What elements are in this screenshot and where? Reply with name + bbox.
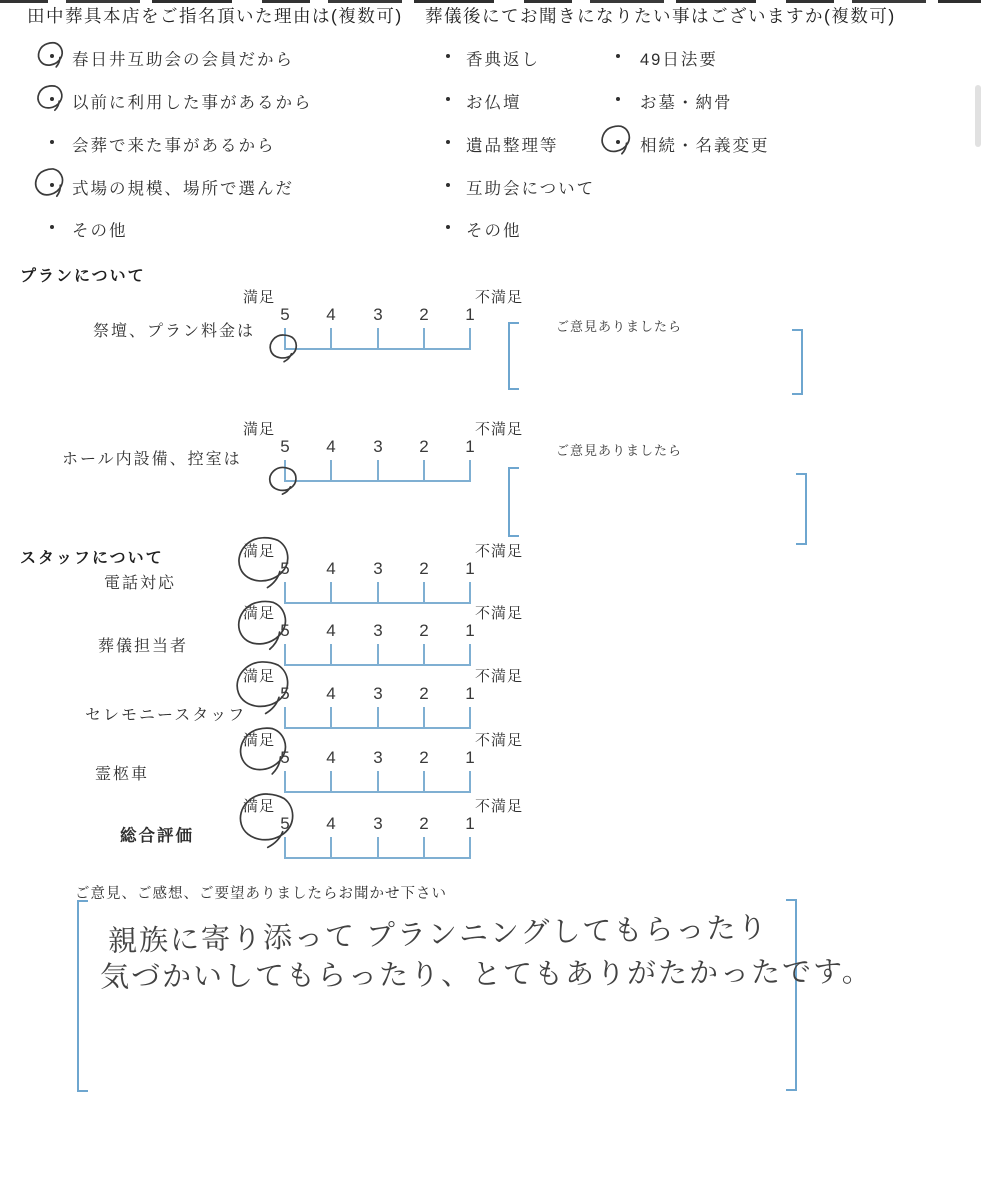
q2-option-butsudan: お仏壇 — [466, 89, 522, 113]
q1-option-venue-size-location: 式場の規模、場所で選んだ — [72, 175, 294, 199]
handwritten-circle-mark-selected-5 — [265, 331, 303, 366]
tick-line — [423, 644, 425, 664]
tick-line — [469, 707, 471, 727]
tick-line — [469, 582, 471, 602]
scale-baseline — [284, 348, 471, 350]
handwritten-circle-mark — [596, 121, 637, 159]
plan-section-title: プランについて — [20, 263, 146, 286]
scale-tick-4: 4 — [319, 621, 343, 641]
scan-bottom-artifact-line — [0, 0, 981, 3]
tick-line — [377, 707, 379, 727]
comment-bracket-left — [508, 467, 519, 537]
q1-option-other: その他 — [72, 217, 128, 241]
tick-line — [330, 644, 332, 664]
handwritten-circle-mark — [32, 38, 70, 72]
staff-row-label-director: 葬儀担当者 — [98, 633, 188, 656]
plan-row-label-facility: ホール内設備、控室は — [62, 446, 242, 469]
handwritten-circle-mark-selected-5 — [229, 654, 299, 720]
scale-tick-1: 1 — [458, 621, 482, 641]
q2-option-gojokai: 互助会について — [466, 175, 595, 199]
q2-option-ohaka-noukotsu: お墓・納骨 — [640, 89, 733, 113]
scale-tick-2: 2 — [412, 814, 436, 834]
tick-line — [377, 460, 379, 480]
scale-tick-2: 2 — [412, 305, 436, 325]
tick-line — [330, 707, 332, 727]
scale-dissatisfied-label: 不満足 — [475, 602, 523, 623]
scale-tick-2: 2 — [412, 437, 436, 457]
scale-dissatisfied-label: 不満足 — [475, 729, 523, 750]
staff-row-label-ceremony-staff: セレモニースタッフ — [85, 702, 246, 725]
rating-scale-plan-facility: 満足 不満足 5 4 3 2 1 — [243, 418, 513, 498]
bullet-icon — [616, 54, 620, 58]
scale-baseline — [284, 791, 471, 793]
handwritten-circle-mark-selected-5 — [232, 593, 296, 657]
bullet-icon — [50, 225, 54, 229]
feedback-prompt-label: ご意見、ご感想、ご要望ありましたらお聞かせ下さい — [75, 882, 447, 903]
bullet-icon — [446, 97, 450, 101]
q2-option-koden-gaeshi: 香典返し — [466, 46, 540, 70]
scale-tick-2: 2 — [412, 748, 436, 768]
feedback-bracket-left — [77, 900, 88, 1092]
bullet-icon — [446, 54, 450, 58]
handwritten-comment-line-2: 気づかいしてもらったり、とてもありがたかったです。 — [100, 949, 873, 995]
tick-line — [423, 582, 425, 602]
scale-tick-4: 4 — [319, 814, 343, 834]
tick-line — [423, 460, 425, 480]
handwritten-circle-mark — [32, 82, 70, 114]
tick-line — [469, 460, 471, 480]
q1-option-member: 春日井互助会の会員だから — [72, 46, 294, 70]
scale-tick-1: 1 — [458, 305, 482, 325]
scale-tick-1: 1 — [458, 814, 482, 834]
staff-row-label-phone: 電話対応 — [104, 570, 176, 593]
q1-option-attended-funeral: 会葬で来た事があるから — [72, 132, 276, 156]
staff-row-label-overall: 総合評価 — [120, 822, 194, 846]
scale-tick-2: 2 — [412, 684, 436, 704]
handwritten-circle-mark-selected-5 — [232, 531, 298, 593]
handwritten-circle-mark-selected-5 — [230, 782, 306, 858]
scale-tick-4: 4 — [319, 748, 343, 768]
tick-line — [330, 328, 332, 348]
scale-tick-4: 4 — [319, 559, 343, 579]
scale-satisfied-label: 満足 — [243, 286, 275, 307]
scale-tick-1: 1 — [458, 748, 482, 768]
scale-tick-3: 3 — [366, 748, 390, 768]
scale-satisfied-label: 満足 — [243, 418, 275, 439]
tick-line — [330, 837, 332, 857]
tick-line — [423, 328, 425, 348]
comment-bracket-right — [792, 329, 803, 395]
scale-tick-4: 4 — [319, 305, 343, 325]
tick-line — [377, 328, 379, 348]
scale-dissatisfied-label: 不満足 — [475, 286, 523, 307]
scale-baseline — [284, 480, 471, 482]
tick-line — [423, 707, 425, 727]
q2-option-ihin-seiri: 遺品整理等 — [466, 132, 559, 156]
tick-line — [423, 771, 425, 791]
feedback-bracket-right — [786, 899, 797, 1091]
scale-tick-5: 5 — [273, 305, 297, 325]
tick-line — [469, 771, 471, 791]
scale-tick-2: 2 — [412, 559, 436, 579]
q2-option-souzoku-meigi: 相続・名義変更 — [640, 132, 770, 156]
scale-tick-3: 3 — [366, 684, 390, 704]
q2-option-49day-houyou: 49日法要 — [640, 46, 718, 70]
scale-dissatisfied-label: 不満足 — [475, 795, 523, 816]
question-1-title: 田中葬具本店をご指名頂いた理由は(複数可) — [27, 3, 403, 28]
scale-tick-3: 3 — [366, 814, 390, 834]
scale-dissatisfied-label: 不満足 — [475, 540, 523, 561]
q1-option-used-before: 以前に利用した事があるから — [72, 89, 313, 113]
scale-baseline — [284, 857, 471, 859]
scale-tick-3: 3 — [366, 305, 390, 325]
comment-bracket-left — [508, 322, 519, 390]
tick-line — [330, 771, 332, 791]
rating-scale-plan-price: 満足 不満足 5 4 3 2 1 — [243, 286, 513, 366]
tick-line — [423, 837, 425, 857]
rating-scale-overall: 満足 不満足 5 4 3 2 1 — [243, 795, 513, 875]
scale-tick-2: 2 — [412, 621, 436, 641]
scale-tick-5: 5 — [273, 437, 297, 457]
scan-edge-artifact — [975, 85, 981, 147]
scale-tick-3: 3 — [366, 621, 390, 641]
handwritten-circle-mark-selected-5 — [264, 461, 304, 499]
question-2-title: 葬儀後にてお聞きになりたい事はございますか(複数可) — [425, 3, 896, 28]
bullet-icon — [446, 225, 450, 229]
bullet-icon — [446, 183, 450, 187]
survey-form-page: 田中葬具本店をご指名頂いた理由は(複数可) 春日井互助会の会員だから 以前に利用… — [0, 0, 981, 1200]
bullet-icon — [446, 140, 450, 144]
q2-option-other: その他 — [466, 217, 522, 241]
handwritten-circle-mark — [28, 163, 72, 204]
scale-dissatisfied-label: 不満足 — [475, 665, 523, 686]
bullet-icon — [616, 97, 620, 101]
tick-line — [377, 837, 379, 857]
tick-line — [330, 582, 332, 602]
tick-line — [377, 582, 379, 602]
scale-tick-4: 4 — [319, 437, 343, 457]
scale-tick-1: 1 — [458, 437, 482, 457]
comment-prompt-label: ご意見ありましたら — [556, 440, 682, 459]
staff-row-label-hearse: 霊柩車 — [95, 761, 149, 784]
bullet-icon — [50, 140, 54, 144]
tick-line — [377, 771, 379, 791]
staff-section-title: スタッフについて — [20, 545, 164, 568]
tick-line — [469, 644, 471, 664]
comment-prompt-label: ご意見ありましたら — [556, 316, 682, 335]
scale-tick-1: 1 — [458, 684, 482, 704]
handwritten-circle-mark-selected-5 — [232, 719, 297, 783]
tick-line — [469, 328, 471, 348]
scale-tick-3: 3 — [366, 559, 390, 579]
tick-line — [330, 460, 332, 480]
scale-tick-3: 3 — [366, 437, 390, 457]
scale-dissatisfied-label: 不満足 — [475, 418, 523, 439]
comment-bracket-right — [796, 473, 807, 545]
tick-line — [469, 837, 471, 857]
scale-tick-1: 1 — [458, 559, 482, 579]
tick-line — [377, 644, 379, 664]
scale-tick-4: 4 — [319, 684, 343, 704]
plan-row-label-price: 祭壇、プラン料金は — [93, 318, 255, 341]
